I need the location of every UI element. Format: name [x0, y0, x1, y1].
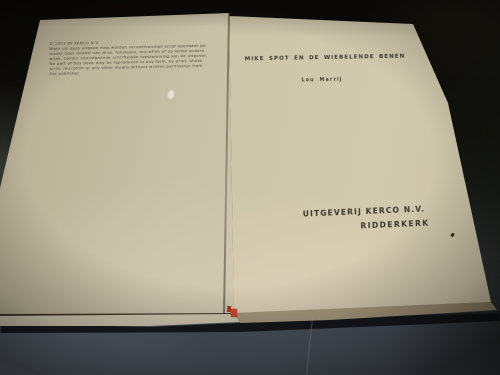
red-edge-stain [231, 309, 237, 317]
photo-open-book: © 1973 BY KERCO N.V. Niets uit deze uitg… [0, 0, 500, 375]
copyright-text: © 1973 BY KERCO N.V. Niets uit deze uitg… [49, 37, 222, 76]
author-name: Lou Marrij [301, 77, 342, 84]
